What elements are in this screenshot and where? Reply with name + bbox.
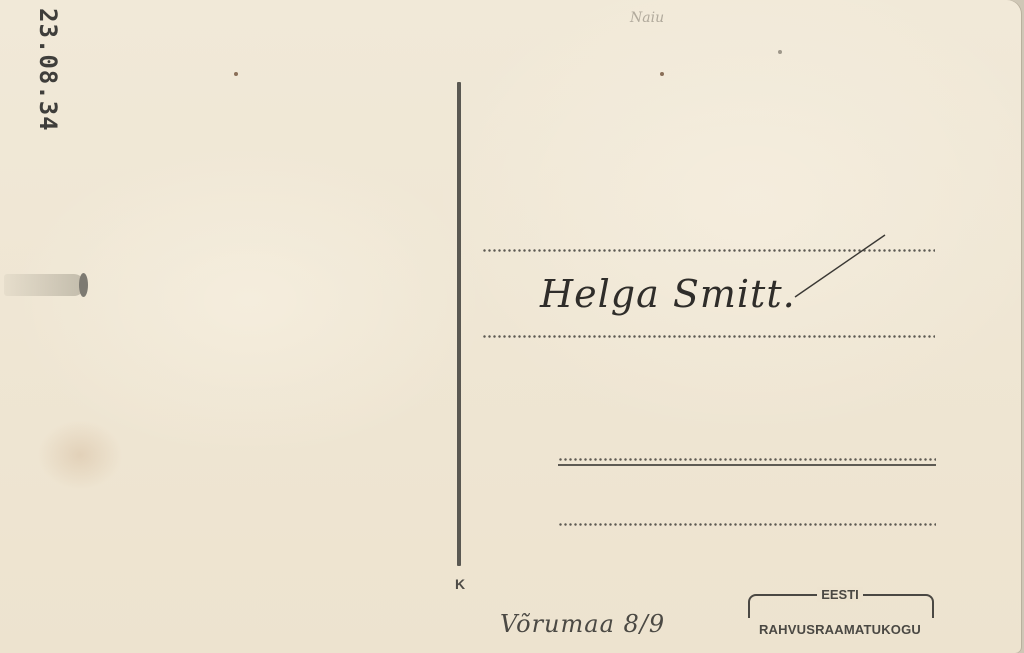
signature-flourish [790, 232, 890, 312]
tab-mark [79, 273, 88, 297]
bottom-pencil-note: Võrumaa 8/9 [500, 610, 665, 638]
address-line-3 [558, 458, 936, 461]
library-stamp: EESTI RAHVUSRAAMATUKOGU [745, 586, 935, 642]
tab-smudge [4, 274, 84, 296]
postcard-back: 23.08.34 Naiu K Helga Smitt. Võrumaa 8/9… [0, 0, 1021, 653]
address-line-2 [482, 335, 935, 338]
speck [234, 72, 238, 76]
address-line-4 [558, 523, 936, 526]
stamp-top-text: EESTI [817, 587, 863, 602]
speck [660, 72, 664, 76]
top-pencil-note: Naiu [630, 10, 664, 26]
addressee-signature: Helga Smitt. [540, 272, 796, 316]
stamp-bottom-text: RAHVUSRAAMATUKOGU [745, 622, 935, 637]
handwritten-date: 23.08.34 [34, 8, 62, 132]
address-underline [558, 464, 936, 466]
vertical-divider [457, 82, 461, 566]
divider-letter: K [455, 576, 465, 592]
speck [778, 50, 782, 54]
